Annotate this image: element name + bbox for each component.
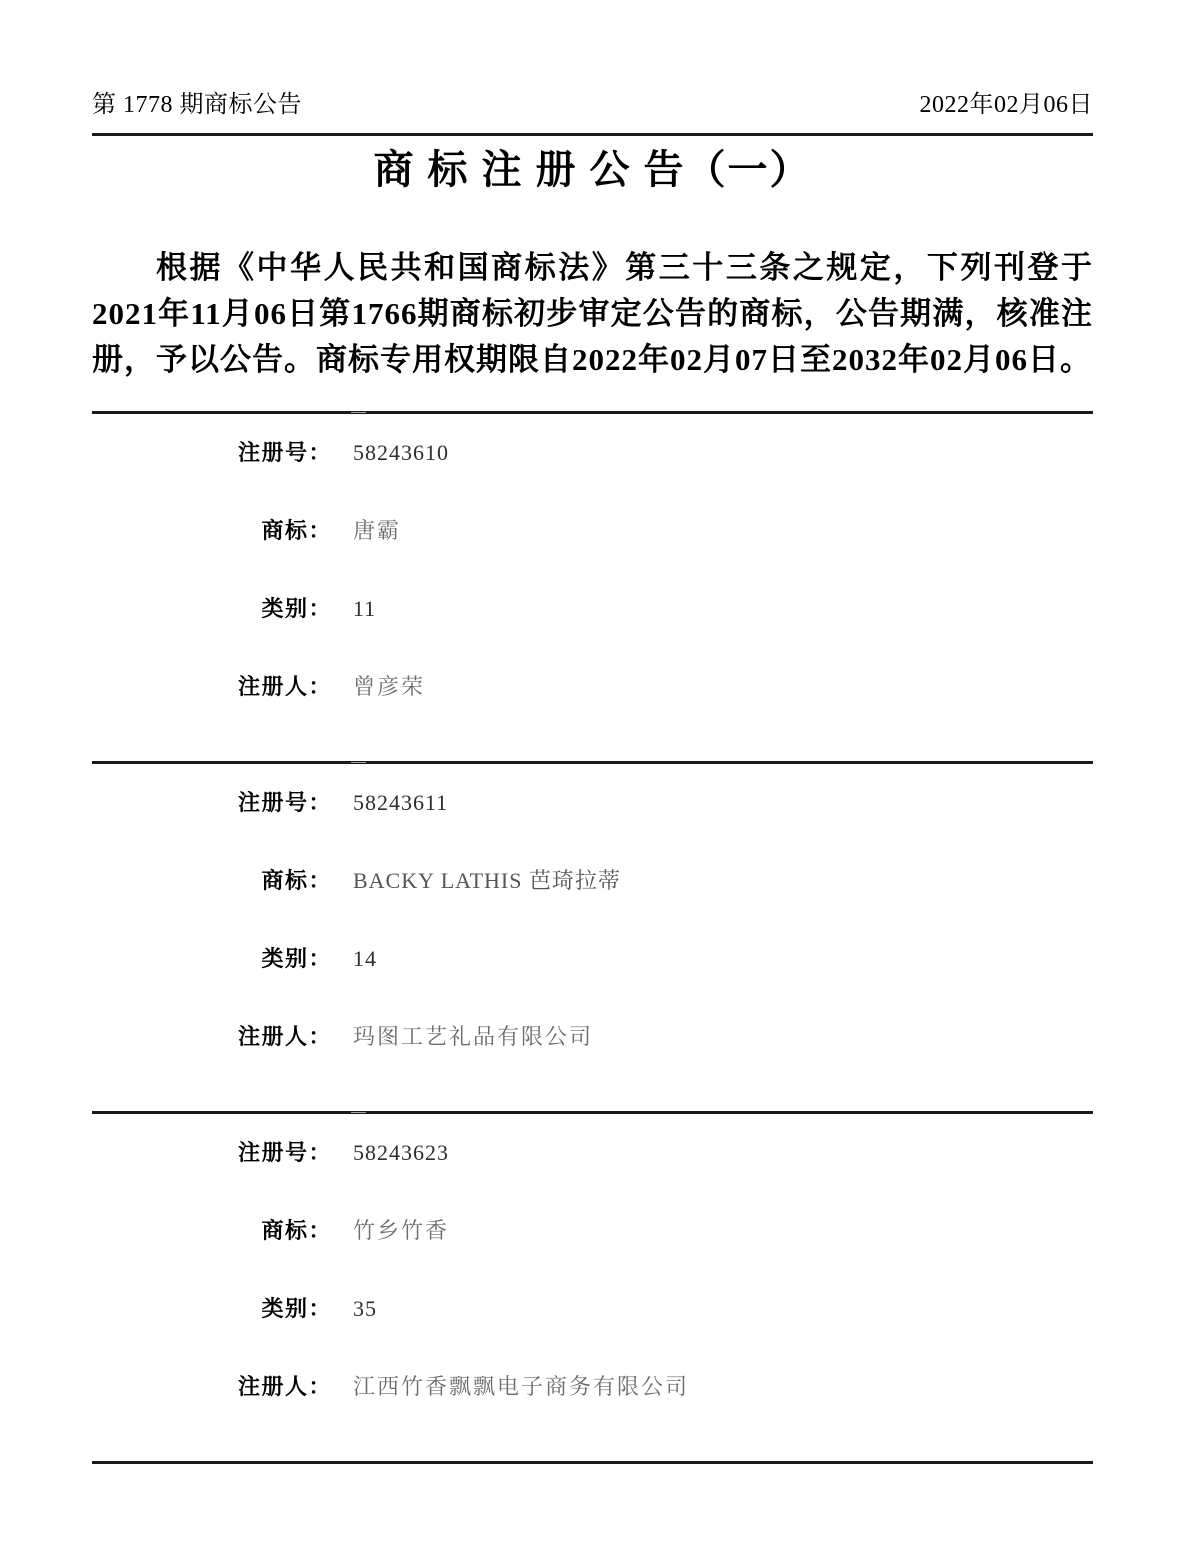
registrant-label: 注册人： [92,670,332,701]
field-row-category: 类别： 35 [92,1292,1093,1370]
gazette-page: 第 1778 期商标公告 2022年02月06日 商 标 注 册 公 告（一） … [0,0,1190,1464]
registrant-value: 玛图工艺礼品有限公司 [353,1020,593,1051]
field-row-registrant: 注册人： 江西竹香飘飘电子商务有限公司 [92,1370,1093,1448]
field-row-reg-no: 注册号： 58243611 [92,786,1093,864]
field-row-registrant: 注册人： 玛图工艺礼品有限公司 [92,1020,1093,1098]
registrant-label: 注册人： [92,1370,332,1401]
trademark-value: 竹乡竹香 [353,1214,449,1245]
reg-no-label: 注册号： [92,786,332,817]
category-label: 类别： [92,592,332,623]
masthead-issue: 第 1778 期商标公告 [92,90,302,120]
field-row-reg-no: 注册号： 58243623 [92,1136,1093,1214]
category-value: 14 [353,946,377,972]
masthead-rule [92,133,1093,136]
field-row-registrant: 注册人： 曾彦荣 [92,670,1093,748]
trademark-value: 唐霸 [353,514,401,545]
trademark-label: 商标： [92,864,332,895]
reg-no-label: 注册号： [92,436,332,467]
masthead: 第 1778 期商标公告 2022年02月06日 [92,90,1093,120]
trademark-label: 商标： [92,514,332,545]
field-row-trademark: 商标： BACKY LATHIS 芭琦拉蒂 [92,864,1093,942]
reg-no-value: 58243610 [353,440,449,466]
masthead-date: 2022年02月06日 [920,90,1094,120]
record-2: 注册号： 58243611 商标： BACKY LATHIS 芭琦拉蒂 类别： … [92,761,1093,1111]
registrant-label: 注册人： [92,1020,332,1051]
reg-no-value: 58243623 [353,1140,449,1166]
field-row-category: 类别： 11 [92,592,1093,670]
category-label: 类别： [92,942,332,973]
reg-no-value: 58243611 [353,790,448,816]
field-row-category: 类别： 14 [92,942,1093,1020]
field-row-trademark: 商标： 唐霸 [92,514,1093,592]
category-value: 11 [353,596,376,622]
reg-no-label: 注册号： [92,1136,332,1167]
registrant-value: 江西竹香飘飘电子商务有限公司 [353,1370,689,1401]
intro-paragraph: 根据《中华人民共和国商标法》第三十三条之规定，下列刊登于2021年11月06日第… [92,245,1093,383]
page-title: 商 标 注 册 公 告（一） [92,146,1093,194]
record-3: 注册号： 58243623 商标： 竹乡竹香 类别： 35 注册人： 江西竹香飘… [92,1111,1093,1461]
records-list: 注册号： 58243610 商标： 唐霸 类别： 11 注册人： 曾彦荣 注册号… [92,411,1093,1464]
record-1: 注册号： 58243610 商标： 唐霸 类别： 11 注册人： 曾彦荣 [92,411,1093,761]
field-row-reg-no: 注册号： 58243610 [92,436,1093,514]
registrant-value: 曾彦荣 [353,670,425,701]
trademark-value: BACKY LATHIS 芭琦拉蒂 [353,864,621,895]
category-value: 35 [353,1296,377,1322]
trademark-label: 商标： [92,1214,332,1245]
field-row-trademark: 商标： 竹乡竹香 [92,1214,1093,1292]
category-label: 类别： [92,1292,332,1323]
